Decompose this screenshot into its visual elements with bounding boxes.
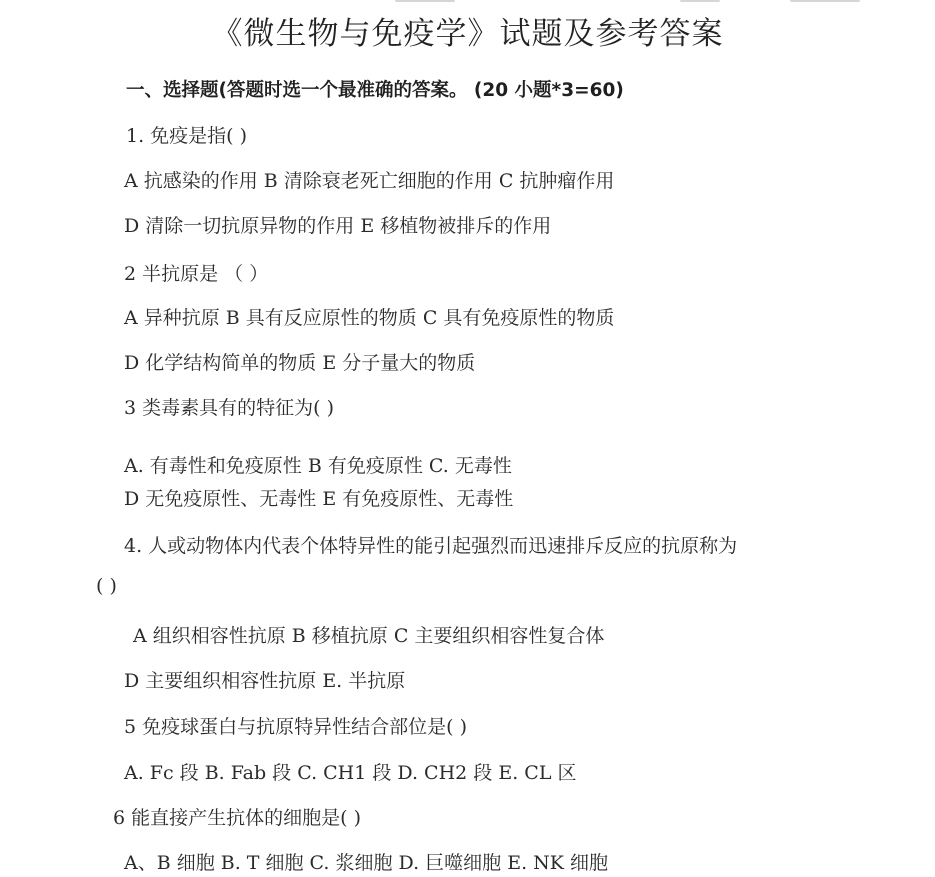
question-3-options-line-1: A. 有毒性和免疫原性 B 有免疫原性 C. 无毒性: [124, 451, 512, 478]
question-4-stem: 4. 人或动物体内代表个体特异性的能引起强烈而迅速排斥反应的抗原称为: [124, 531, 737, 558]
question-3-stem: 3 类毒素具有的特征为( ): [124, 393, 334, 420]
question-6-options-line-1: A、B 细胞 B. T 细胞 C. 浆细胞 D. 巨噬细胞 E. NK 细胞: [124, 848, 608, 875]
cropped-text-fragment: [680, 0, 720, 2]
question-5-stem: 5 免疫球蛋白与抗原特异性结合部位是( ): [124, 712, 467, 739]
question-6-stem: 6 能直接产生抗体的细胞是( ): [113, 803, 361, 830]
section-heading: 一、选择题(答题时选一个最准确的答案。 (20 小题*3=60): [126, 76, 624, 102]
cropped-text-fragment: [395, 0, 455, 2]
question-4-options-line-1: A 组织相容性抗原 B 移植抗原 C 主要组织相容性复合体: [133, 621, 604, 648]
question-1-stem: 1. 免疫是指( ): [126, 121, 247, 148]
question-1-options-line-2: D 清除一切抗原异物的作用 E 移植物被排斥的作用: [124, 211, 551, 238]
question-2-options-line-2: D 化学结构简单的物质 E 分子量大的物质: [124, 348, 475, 375]
question-1-options-line-1: A 抗感染的作用 B 清除衰老死亡细胞的作用 C 抗肿瘤作用: [124, 166, 614, 193]
question-3-options-line-2: D 无免疫原性、无毒性 E 有免疫原性、无毒性: [124, 484, 513, 511]
question-5-options-line-1: A. Fc 段 B. Fab 段 C. CH1 段 D. CH2 段 E. CL…: [124, 758, 576, 785]
question-4-stem-continuation: ( ): [96, 575, 117, 597]
cropped-text-fragment: [790, 0, 860, 2]
document-title: 《微生物与免疫学》试题及参考答案: [0, 8, 935, 53]
question-4-options-line-2: D 主要组织相容性抗原 E. 半抗原: [124, 666, 405, 693]
question-2-options-line-1: A 异种抗原 B 具有反应原性的物质 C 具有免疫原性的物质: [124, 303, 614, 330]
question-2-stem: 2 半抗原是 （ ）: [124, 259, 268, 286]
